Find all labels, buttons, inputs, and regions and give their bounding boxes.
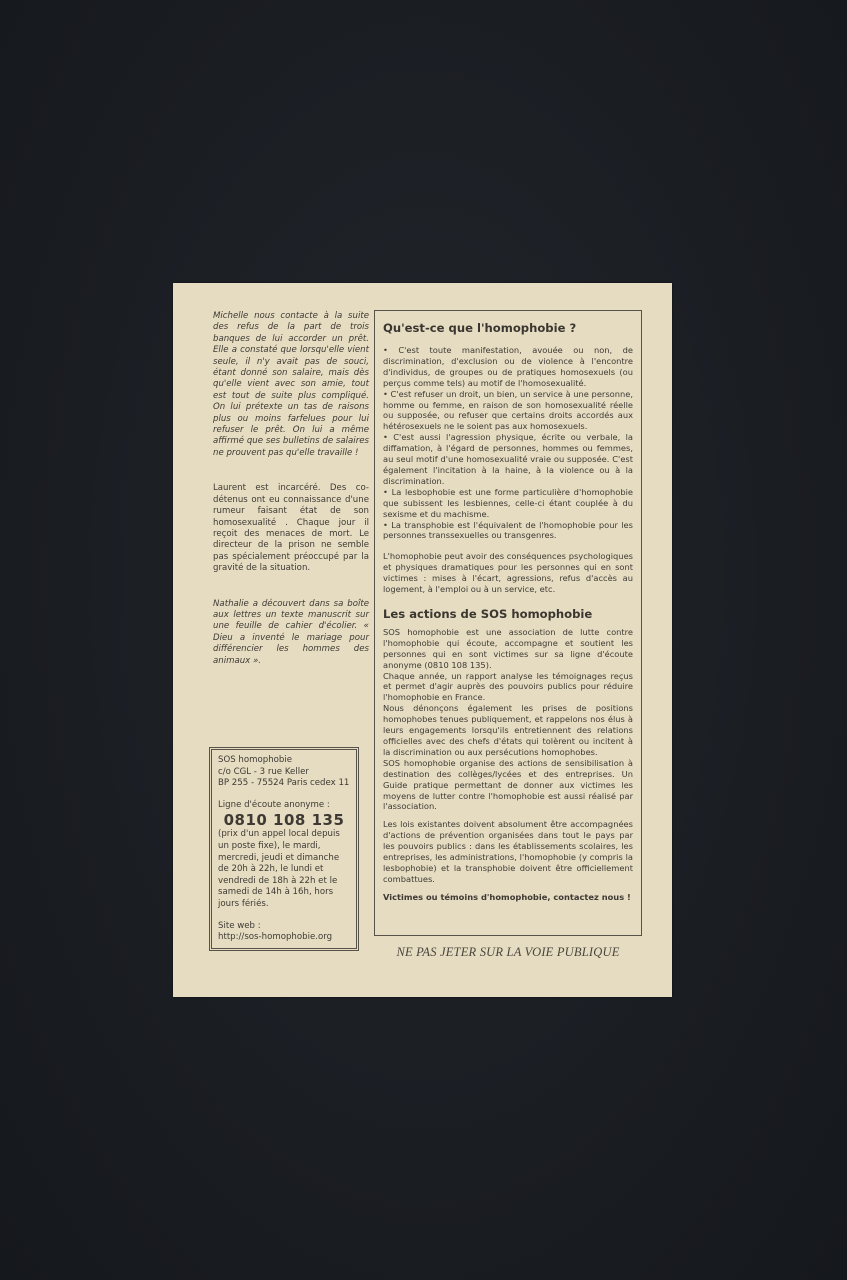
definition-bullet: • C'est toute manifestation, avouée ou n… — [383, 345, 633, 389]
definition-bullet: • La lesbophobie est une forme particuli… — [383, 487, 633, 520]
info-box: Qu'est-ce que l'homophobie ? • C'est tou… — [374, 310, 642, 936]
footer-notice: NE PAS JETER SUR LA VOIE PUBLIQUE — [374, 945, 642, 960]
website-url: http://sos-homophobie.org — [218, 932, 350, 944]
actions-paragraph: SOS homophobie organise des actions de s… — [383, 758, 633, 813]
contact-box: SOS homophobie c/o CGL - 3 rue Keller BP… — [209, 747, 359, 951]
laws-paragraph: Les lois existantes doivent absolument ê… — [383, 819, 633, 884]
hotline-phone: 0810 108 135 — [218, 811, 350, 829]
story-nathalie: Nathalie a découvert dans sa boîte aux l… — [213, 599, 369, 667]
consequences-paragraph: L'homophobie peut avoir des conséquences… — [383, 551, 633, 595]
address-line-1: c/o CGL - 3 rue Keller — [218, 767, 350, 779]
org-name: SOS homophobie — [218, 755, 350, 767]
actions-paragraph: Chaque année, un rapport analyse les tém… — [383, 671, 633, 704]
heading-actions: Les actions de SOS homophobie — [383, 607, 633, 621]
flyer-page: Michelle nous contacte à la suite des re… — [173, 283, 672, 997]
heading-what-is-homophobia: Qu'est-ce que l'homophobie ? — [383, 321, 633, 335]
story-michelle: Michelle nous contacte à la suite des re… — [213, 311, 369, 459]
website-label: Site web : — [218, 921, 350, 933]
hotline-hours: (prix d'un appel local depuis un poste f… — [218, 829, 350, 910]
actions-paragraph: SOS homophobie est une association de lu… — [383, 627, 633, 671]
call-to-action: Victimes ou témoins d'homophobie, contac… — [383, 892, 633, 903]
address-line-2: BP 255 - 75524 Paris cedex 11 — [218, 778, 350, 790]
hotline-label: Ligne d'écoute anonyme : — [218, 800, 350, 812]
story-laurent: Laurent est incarcéré. Des co-détenus on… — [213, 483, 369, 574]
definition-bullet: • La transphobie est l'équivalent de l'h… — [383, 520, 633, 542]
testimonies-column: Michelle nous contacte à la suite des re… — [213, 311, 369, 691]
actions-paragraph: Nous dénonçons également les prises de p… — [383, 703, 633, 758]
definition-bullet: • C'est refuser un droit, un bien, un se… — [383, 389, 633, 433]
definition-bullet: • C'est aussi l'agression physique, écri… — [383, 432, 633, 487]
